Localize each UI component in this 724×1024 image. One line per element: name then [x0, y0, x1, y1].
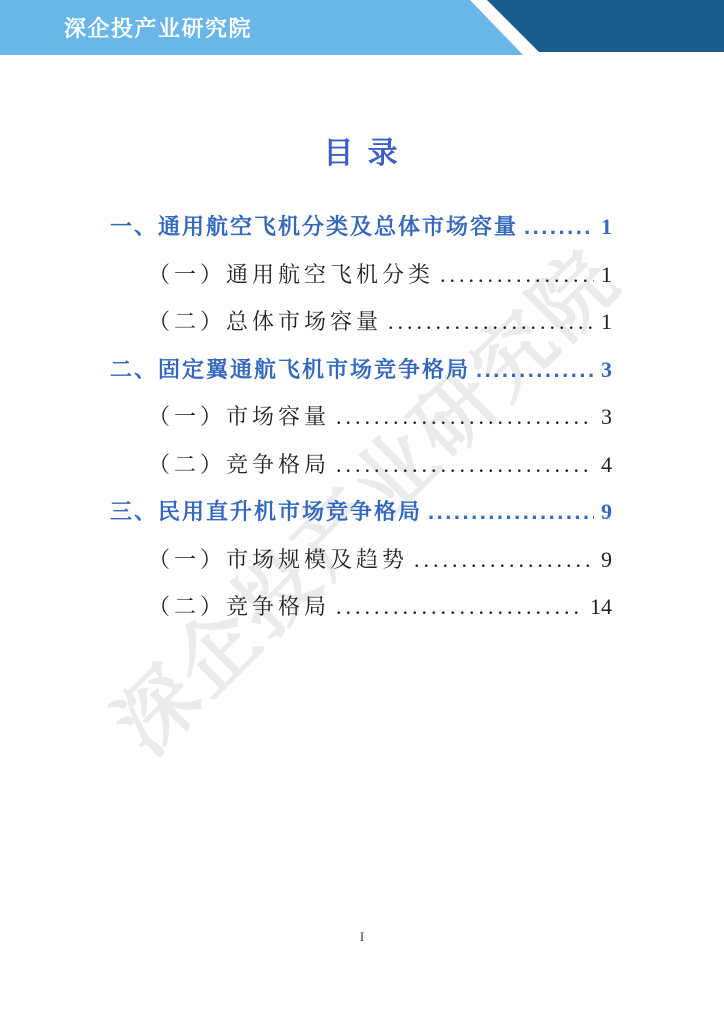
dot-leader: [476, 346, 594, 394]
toc-entry-page: 3: [601, 346, 612, 394]
toc-entry-label: （一）市场规模及趋势: [148, 536, 408, 584]
dot-leader: [414, 536, 594, 584]
toc-title: 目 录: [0, 128, 724, 172]
toc-entry-page: 14: [590, 583, 612, 631]
page-number: I: [0, 929, 724, 945]
dot-leader: [336, 583, 583, 631]
brand-logo-text: 深企投产业研究院: [64, 0, 252, 55]
toc-row-section-1-sub-1[interactable]: （一）通用航空飞机分类 1: [110, 251, 612, 299]
toc-row-section-3-sub-1[interactable]: （一）市场规模及趋势 9: [110, 536, 612, 584]
toc-entry-label: 三、民用直升机市场竞争格局: [110, 488, 422, 536]
dot-leader: [388, 298, 594, 346]
page-header: 深企投产业研究院: [0, 0, 724, 55]
toc-row-section-3-sub-2[interactable]: （二）竞争格局 14: [110, 583, 612, 631]
toc-entry-page: 9: [601, 488, 612, 536]
toc-entry-label: 一、通用航空飞机分类及总体市场容量: [110, 203, 518, 251]
toc-entry-page: 1: [601, 203, 612, 251]
dot-leader: [336, 441, 594, 489]
toc-entry-page: 4: [601, 441, 612, 489]
table-of-contents: 一、通用航空飞机分类及总体市场容量 1 （一）通用航空飞机分类 1 （二）总体市…: [110, 203, 612, 631]
toc-entry-page: 9: [601, 536, 612, 584]
dot-leader: [336, 393, 594, 441]
toc-row-section-1[interactable]: 一、通用航空飞机分类及总体市场容量 1: [110, 203, 612, 251]
toc-entry-label: 二、固定翼通航飞机市场竞争格局: [110, 346, 470, 394]
dot-leader: [524, 203, 594, 251]
toc-entry-label: （二）总体市场容量: [148, 298, 382, 346]
toc-entry-label: （一）通用航空飞机分类: [148, 251, 434, 299]
toc-row-section-2-sub-2[interactable]: （二）竞争格局 4: [110, 441, 612, 489]
toc-entry-page: 3: [601, 393, 612, 441]
toc-entry-label: （二）竞争格局: [148, 441, 330, 489]
toc-row-section-3[interactable]: 三、民用直升机市场竞争格局 9: [110, 488, 612, 536]
toc-entry-page: 1: [601, 251, 612, 299]
toc-entry-label: （二）竞争格局: [148, 583, 330, 631]
dot-leader: [440, 251, 594, 299]
toc-row-section-2-sub-1[interactable]: （一）市场容量 3: [110, 393, 612, 441]
toc-row-section-2[interactable]: 二、固定翼通航飞机市场竞争格局 3: [110, 346, 612, 394]
toc-row-section-1-sub-2[interactable]: （二）总体市场容量 1: [110, 298, 612, 346]
dot-leader: [428, 488, 594, 536]
toc-entry-page: 1: [601, 298, 612, 346]
toc-entry-label: （一）市场容量: [148, 393, 330, 441]
document-page: 深企投产业研究院 深企投产业研究院 目 录 一、通用航空飞机分类及总体市场容量 …: [0, 0, 724, 1024]
